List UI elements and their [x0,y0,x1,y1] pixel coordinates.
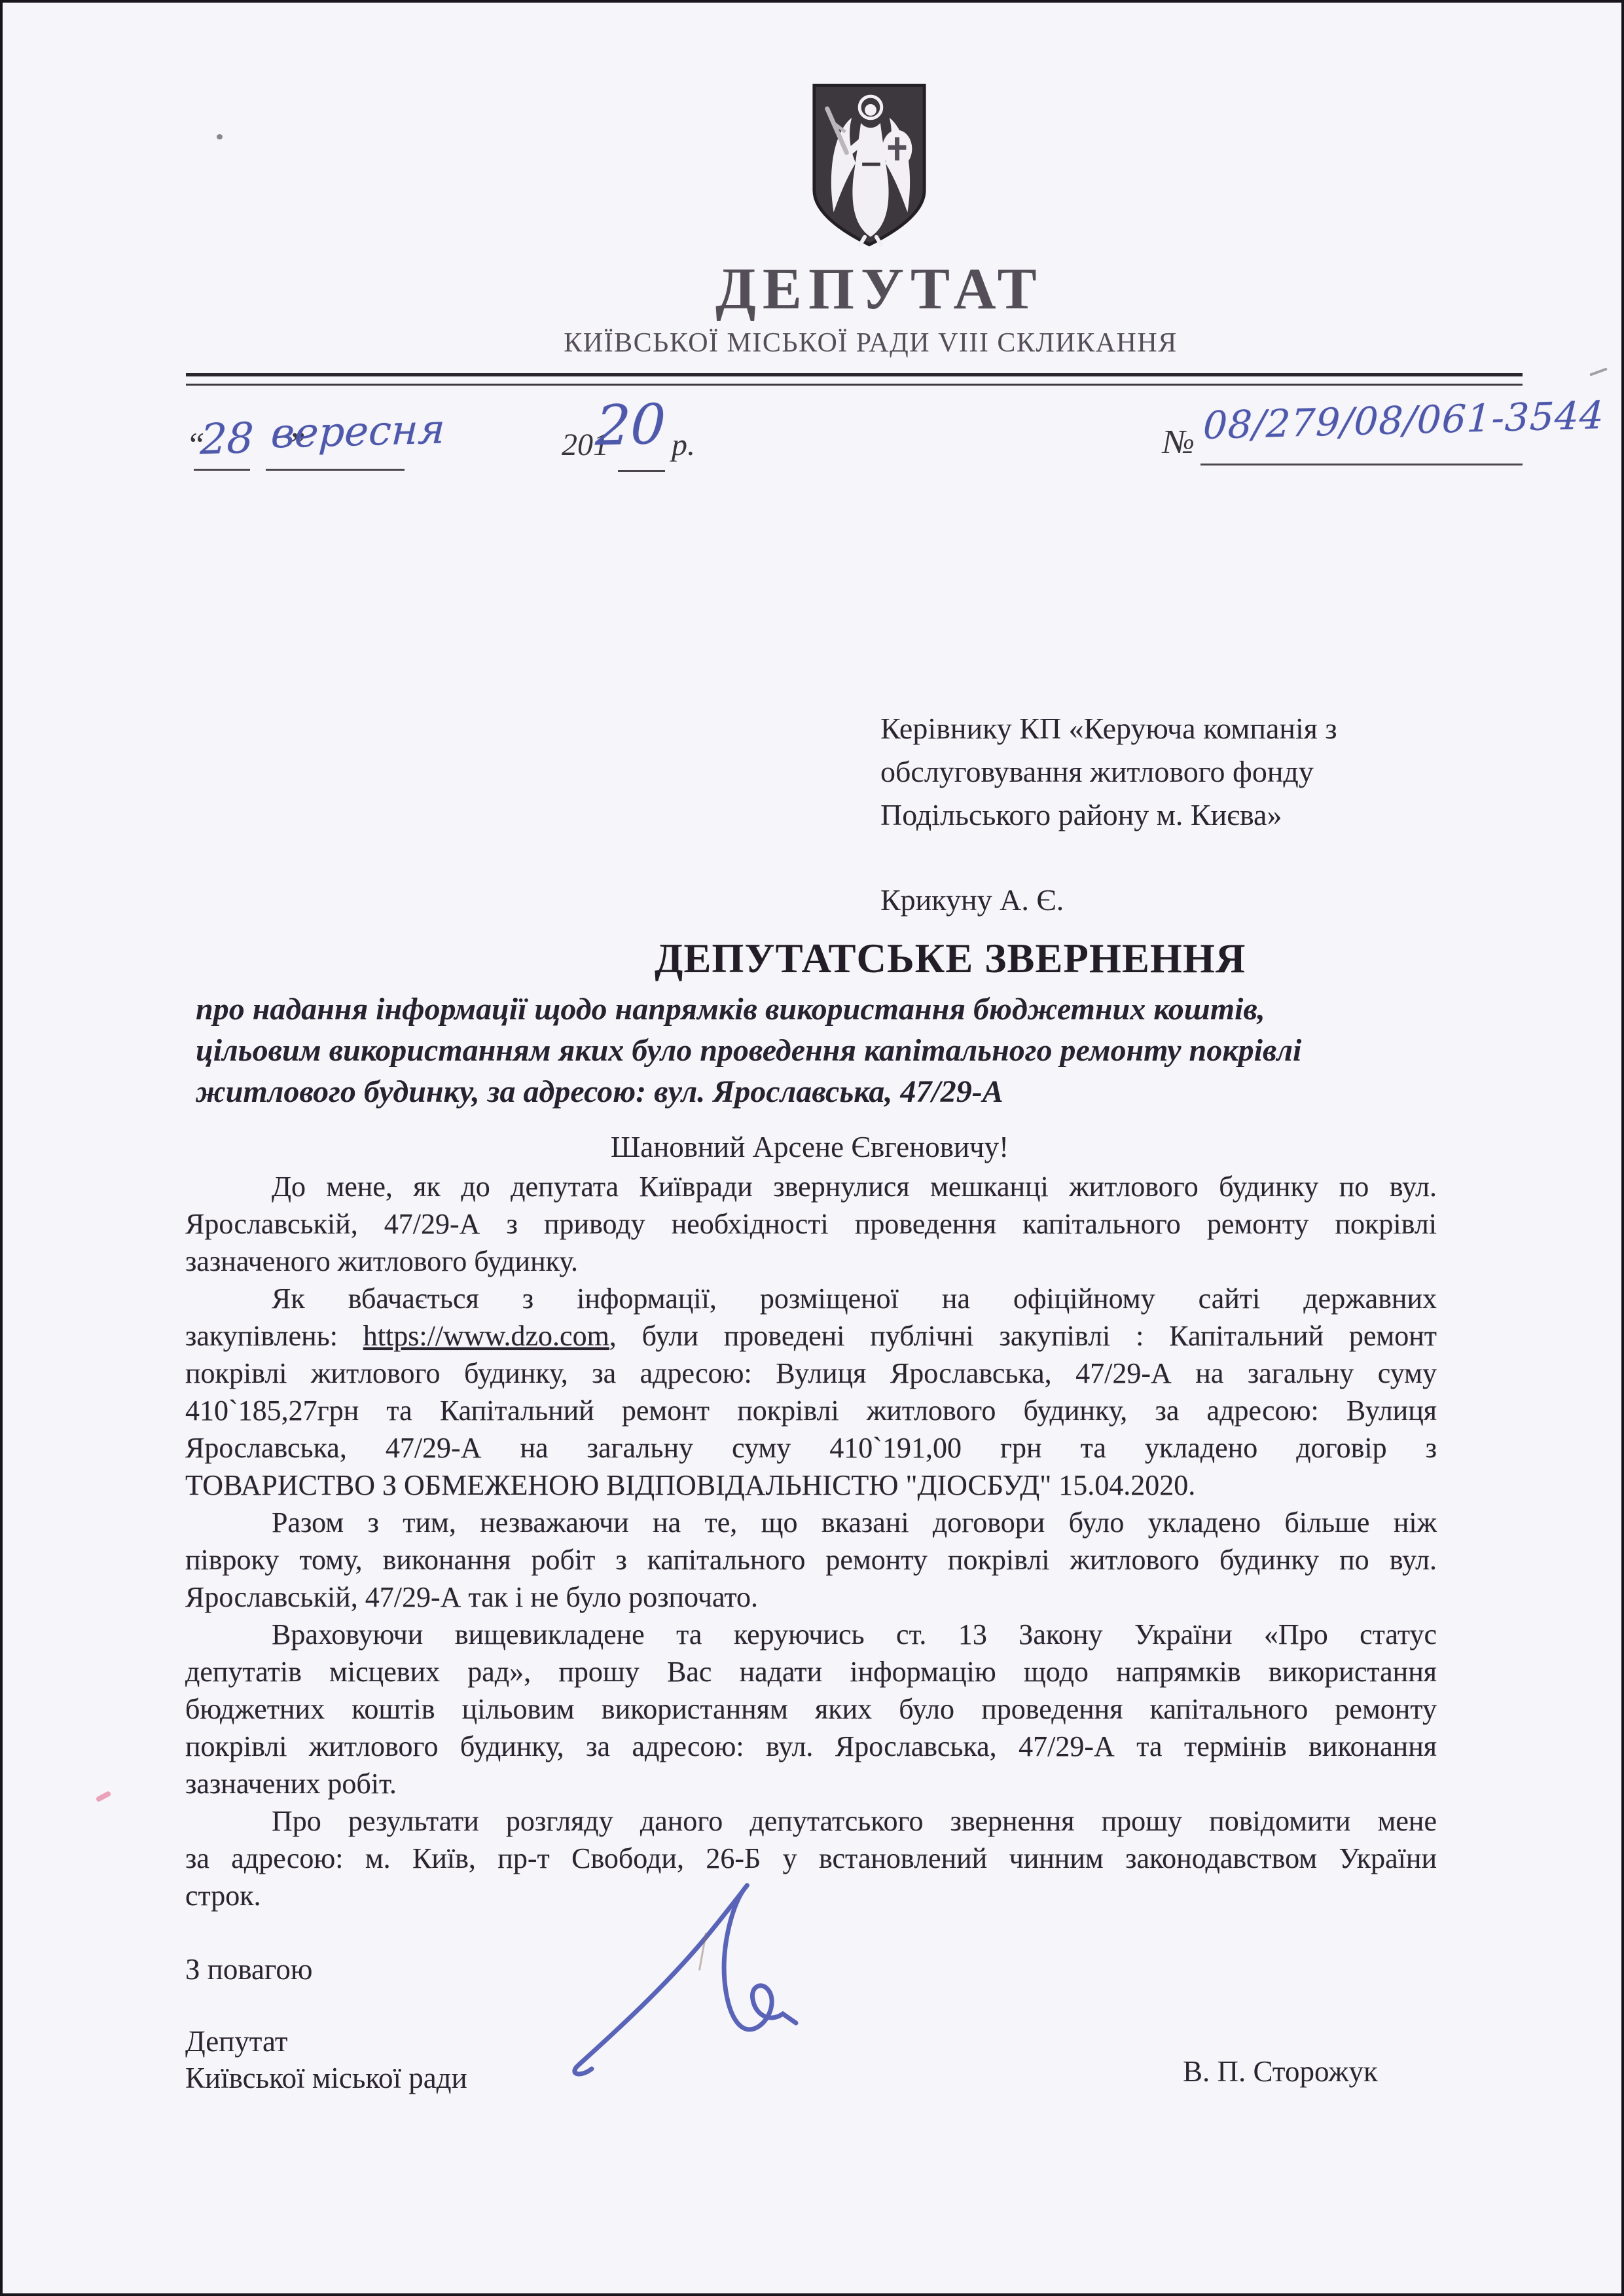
scanned-letter-page: ДЕПУТАТ КИЇВСЬКОЇ МІСЬКОЇ РАДИ VIII СКЛИ… [0,0,1624,2296]
body-line: Разом з тим, незважаючи на те, що вказан… [185,1504,1437,1541]
recipient-line: Подільського району м. Києва» [880,793,1337,837]
subject-line: про надання інформації щодо напрямків ви… [196,989,1301,1030]
body-line: зазначених робіт. [185,1765,1437,1802]
body-text: закупівлень: [185,1320,363,1352]
body-line: покрівлі житлового будинку, за адресою: … [185,1355,1437,1392]
subject-line: цільовим використанням яких було проведе… [196,1030,1301,1071]
recipient-line: Керівнику КП «Керуюча компанія з [880,707,1337,750]
scan-artifact-pink-mark [96,1791,112,1802]
kyiv-emblem-icon [808,81,931,250]
document-title: ДЕПУТАТСЬКЕ ЗВЕРНЕННЯ [655,935,1246,983]
body-line: покрівлі житлового будинку, за адресою: … [185,1728,1437,1765]
paragraph-4: Враховуючи вищевикладене та керуючись ст… [185,1616,1437,1802]
body-line: бюджетних коштів цільовим використанням … [185,1690,1437,1728]
date-year-suffix: р. [672,427,695,463]
signature-ink [537,1866,812,2095]
date-day-handwritten: 28 [199,414,255,464]
salutation: Шановний Арсене Євгеновичу! [611,1130,1009,1164]
recipient-addressee: Крикуну А. Є. [880,883,1064,917]
signer-role-line: Депутат [185,2023,467,2060]
body-line: депутатів місцевих рад», прошу Вас надат… [185,1653,1437,1690]
signer-role-line: Київської міської ради [185,2060,467,2096]
procurement-site-url: https://www.dzo.com [363,1320,609,1352]
recipient-block: Керівнику КП «Керуюча компанія з обслуго… [880,707,1337,837]
paragraph-3: Разом з тим, незважаючи на те, що вказан… [185,1504,1437,1616]
scan-artifact-pen-mark [1589,367,1608,376]
date-day-underline [194,469,250,471]
body-line: Враховуючи вищевикладене та керуючись ст… [185,1616,1437,1653]
body-text: , були проведені публічні закупівлі : Ка… [609,1320,1437,1352]
date-month-underline [266,469,405,471]
body-line: Про результати розгляду даного депутатсь… [185,1802,1437,1840]
signer-name: В. П. Сторожук [1183,2054,1378,2088]
letterhead-title: ДЕПУТАТ [715,255,1043,323]
body-line: Як вбачається з інформації, розміщеної н… [185,1280,1437,1317]
paragraph-1: До мене, як до депутата Київради звернул… [185,1168,1437,1280]
scan-artifact-speck [217,134,223,139]
subject-line: житлового будинку, за адресою: вул. Ярос… [196,1071,1301,1112]
letterhead-rule-top [186,373,1523,376]
body-line: ТОВАРИСТВО З ОБМЕЖЕНОЮ ВІДПОВІДАЛЬНІСТЮ … [185,1467,1437,1504]
letterhead-rule-bottom [186,384,1523,386]
ref-number-underline [1200,464,1523,465]
recipient-line: обслуговування житлового фонду [880,750,1337,793]
closing-regards: З повагою [185,1952,312,1986]
body-line: 410`185,27грн та Капітальний ремонт покр… [185,1392,1437,1429]
letter-body: До мене, як до депутата Київради звернул… [185,1168,1437,1914]
body-line: півроку тому, виконання робіт з капіталь… [185,1541,1437,1578]
document-subject: про надання інформації щодо напрямків ви… [196,989,1301,1112]
signer-role-block: Депутат Київської міської ради [185,2023,467,2096]
emblem-head [865,104,876,116]
body-line: До мене, як до депутата Київради звернул… [185,1168,1437,1205]
body-line: закупівлень: https://www.dzo.com, були п… [185,1317,1437,1355]
body-line: Ярославській, 47/29-А з приводу необхідн… [185,1205,1437,1243]
date-year-underline [618,470,665,472]
date-month-handwritten: вересня [270,405,446,457]
paragraph-2: Як вбачається з інформації, розміщеної н… [185,1280,1437,1504]
ref-number-handwritten: 08/279/08/061-3544 [1202,393,1606,448]
letterhead-subtitle: КИЇВСЬКОЇ МІСЬКОЇ РАДИ VIII СКЛИКАННЯ [564,327,1177,359]
body-line: зазначеного житлового будинку. [185,1243,1437,1280]
body-line: Ярославська, 47/29-А на загальну суму 41… [185,1429,1437,1467]
ref-no-label: № [1163,423,1195,462]
date-year-handwritten: 20 [594,392,667,458]
body-line: Ярославській, 47/29-А так і не було розп… [185,1578,1437,1616]
